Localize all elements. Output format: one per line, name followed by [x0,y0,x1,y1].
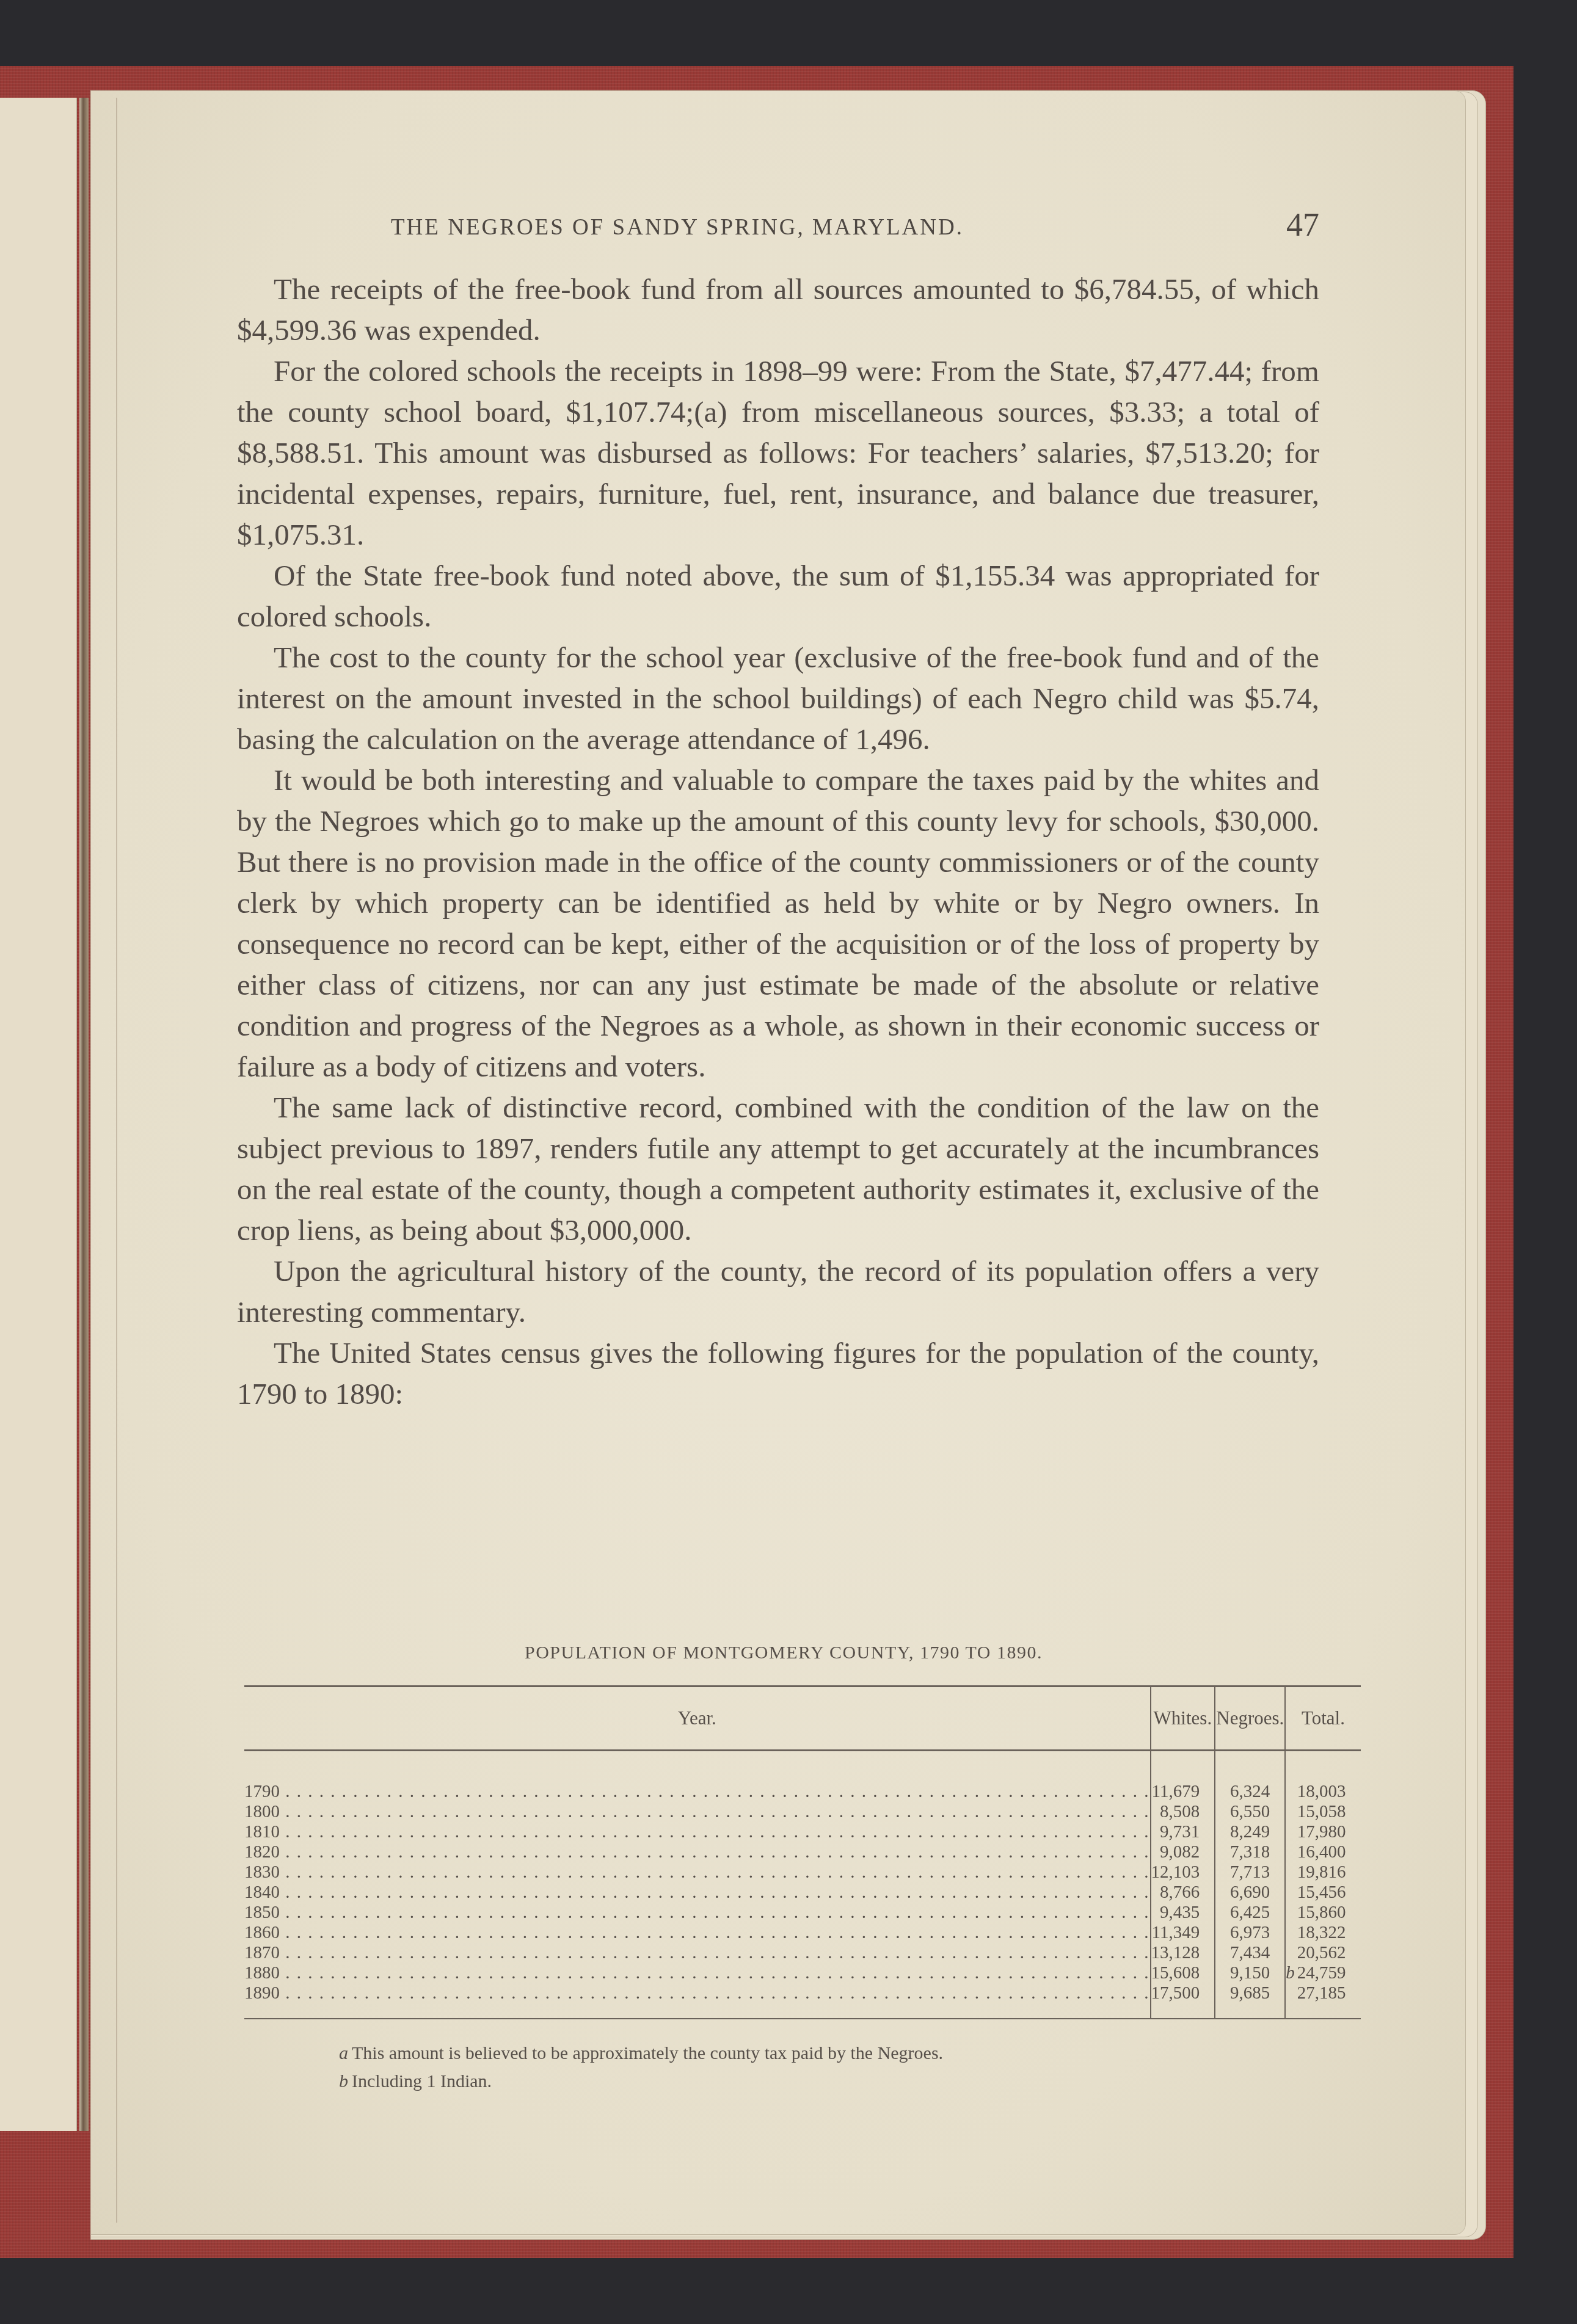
table-row: 189017,5009,68527,185 [244,1983,1361,2019]
cell-negroes: 6,973 [1215,1923,1285,1943]
footnotes: aThis amount is believed to be approxima… [339,2039,1316,2096]
cell-year: 1810 [244,1822,1151,1842]
cell-negroes: 6,324 [1215,1751,1285,1803]
header-whites: Whites. [1151,1687,1215,1751]
cell-year: 1890 [244,1983,1151,2019]
total-value: 18,003 [1297,1782,1346,1801]
cell-total: 27,185 [1285,1983,1360,2019]
table-row: 187013,1287,43420,562 [244,1943,1361,1963]
table-row: 18509,4356,42515,860 [244,1903,1361,1923]
footnote-b: bIncluding 1 Indian. [339,2068,1316,2096]
cell-year: 1860 [244,1923,1151,1943]
page-fold-line [116,98,117,2223]
dot-leader [280,1923,1150,1942]
paragraph: For the colored schools the receipts in … [237,350,1319,555]
running-head: THE NEGROES OF SANDY SPRING, MARYLAND. 4… [391,211,1319,247]
cell-whites: 15,608 [1151,1963,1215,1983]
cell-negroes: 7,318 [1215,1842,1285,1862]
cell-total: 19,816 [1285,1862,1360,1883]
cell-year: 1830 [244,1862,1151,1883]
year-value: 1810 [244,1822,280,1842]
cell-negroes: 6,550 [1215,1802,1285,1822]
year-value: 1860 [244,1923,280,1942]
table-title: POPULATION OF MONTGOMERY COUNTY, 1790 TO… [237,1643,1330,1663]
total-value: 27,185 [1297,1983,1346,2003]
paragraph: The cost to the county for the school ye… [237,637,1319,760]
total-value: 24,759 [1297,1963,1346,1983]
total-value: 16,400 [1297,1842,1346,1862]
cell-total: 18,322 [1285,1923,1360,1943]
population-table: Year. Whites. Negroes. Total. 179011,679… [244,1685,1361,2019]
cell-total: 17,980 [1285,1822,1360,1842]
dot-leader [280,1983,1150,2003]
table-row: 18008,5086,55015,058 [244,1802,1361,1822]
running-title: THE NEGROES OF SANDY SPRING, MARYLAND. [391,214,964,241]
table-row: 188015,6089,150b24,759 [244,1963,1361,1983]
table-header-row: Year. Whites. Negroes. Total. [244,1687,1361,1751]
cell-negroes: 7,434 [1215,1943,1285,1963]
year-value: 1850 [244,1903,280,1922]
year-value: 1890 [244,1983,280,2003]
cell-year: 1880 [244,1963,1151,1983]
cell-negroes: 9,150 [1215,1963,1285,1983]
year-value: 1840 [244,1883,280,1902]
cell-negroes: 9,685 [1215,1983,1285,2019]
cell-whites: 8,766 [1151,1883,1215,1903]
year-value: 1870 [244,1943,280,1963]
cell-whites: 11,679 [1151,1751,1215,1803]
header-negroes: Negroes. [1215,1687,1285,1751]
header-year: Year. [244,1687,1151,1751]
table-row: 186011,3496,97318,322 [244,1923,1361,1943]
paragraph: The receipts of the free-book fund from … [237,269,1319,350]
header-total: Total. [1285,1687,1360,1751]
footnote-a: aThis amount is believed to be approxima… [339,2039,1316,2068]
cell-total: b24,759 [1285,1963,1360,1983]
cell-year: 1820 [244,1842,1151,1862]
dot-leader [280,1943,1150,1963]
table-row: 18408,7666,69015,456 [244,1883,1361,1903]
cell-year: 1840 [244,1883,1151,1903]
cell-total: 16,400 [1285,1842,1360,1862]
cell-year: 1790 [244,1751,1151,1803]
year-value: 1880 [244,1963,280,1983]
cell-total: 20,562 [1285,1943,1360,1963]
dot-leader [280,1782,1150,1801]
total-value: 19,816 [1297,1862,1346,1882]
cell-whites: 11,349 [1151,1923,1215,1943]
book-gutter [79,98,89,2131]
cell-total: 15,058 [1285,1802,1360,1822]
table-row: 179011,6796,32418,003 [244,1751,1361,1803]
footnote-mark: a [339,2043,348,2063]
year-value: 1800 [244,1802,280,1821]
dot-leader [280,1822,1150,1842]
year-value: 1820 [244,1842,280,1862]
footnote-mark: b [339,2071,348,2091]
year-value: 1790 [244,1782,280,1801]
cell-year: 1800 [244,1802,1151,1822]
left-page-edge [0,98,77,2131]
footnote-text: This amount is believed to be approximat… [352,2043,943,2063]
dot-leader [280,1862,1150,1882]
total-value: 17,980 [1297,1822,1346,1842]
dot-leader [280,1842,1150,1862]
cell-year: 1850 [244,1903,1151,1923]
cell-whites: 13,128 [1151,1943,1215,1963]
dot-leader [280,1903,1150,1922]
year-value: 1830 [244,1862,280,1882]
dot-leader [280,1802,1150,1821]
cell-negroes: 6,425 [1215,1903,1285,1923]
paragraph: It would be both interesting and valuabl… [237,760,1319,1087]
paragraph: The United States census gives the follo… [237,1332,1319,1414]
footnote-mark: b [1286,1963,1295,1983]
cell-whites: 8,508 [1151,1802,1215,1822]
paragraph: Of the State free-book fund noted above,… [237,555,1319,637]
cell-year: 1870 [244,1943,1151,1963]
cell-negroes: 8,249 [1215,1822,1285,1842]
cell-whites: 9,731 [1151,1822,1215,1842]
dot-leader [280,1883,1150,1902]
total-value: 15,456 [1297,1883,1346,1902]
cell-whites: 17,500 [1151,1983,1215,2019]
footnote-text: Including 1 Indian. [352,2071,492,2091]
cell-total: 15,860 [1285,1903,1360,1923]
total-value: 15,058 [1297,1802,1346,1821]
total-value: 18,322 [1297,1923,1346,1942]
table-row: 18209,0827,31816,400 [244,1842,1361,1862]
table-row: 18109,7318,24917,980 [244,1822,1361,1842]
paragraph: Upon the agricultural history of the cou… [237,1251,1319,1332]
cell-negroes: 7,713 [1215,1862,1285,1883]
cell-whites: 9,082 [1151,1842,1215,1862]
cell-negroes: 6,690 [1215,1883,1285,1903]
cell-total: 15,456 [1285,1883,1360,1903]
total-value: 15,860 [1297,1903,1346,1922]
cell-total: 18,003 [1285,1751,1360,1803]
total-value: 20,562 [1297,1943,1346,1963]
body-text: The receipts of the free-book fund from … [237,269,1319,1414]
cell-whites: 12,103 [1151,1862,1215,1883]
table-row: 183012,1037,71319,816 [244,1862,1361,1883]
paragraph: The same lack of distinctive record, com… [237,1087,1319,1251]
cell-whites: 9,435 [1151,1903,1215,1923]
page-number: 47 [1286,206,1319,244]
dot-leader [280,1963,1150,1983]
